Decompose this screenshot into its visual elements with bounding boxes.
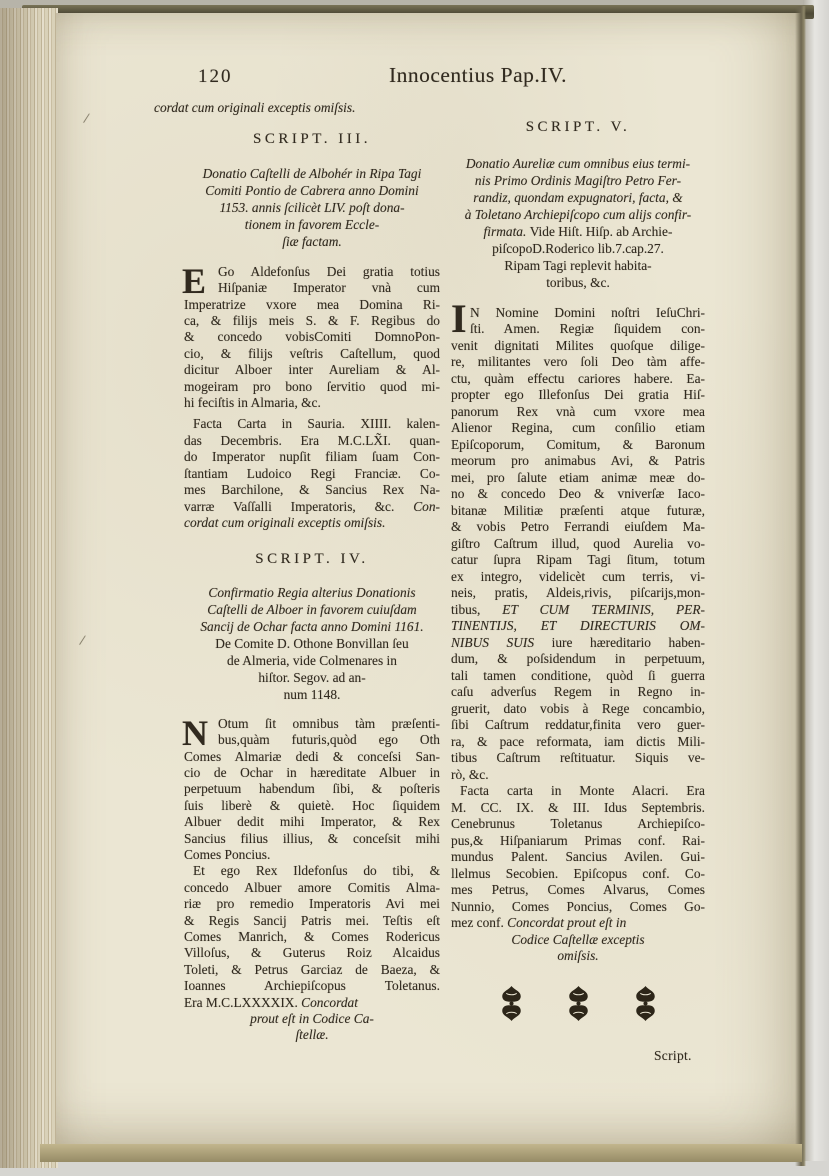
catchword: Script.: [654, 1048, 692, 1064]
paragraph-text: N Nomine Domini noſtri IeſuChri-ſti. Ame…: [451, 305, 705, 784]
paragraph-in-nomine: I N Nomine Domini noſtri IeſuChri-ſti. A…: [451, 305, 705, 784]
paragraph-facta-carta-monte: Facta carta in Monte Alacri. EraM. CC. I…: [451, 783, 705, 932]
page-crease: [795, 6, 806, 1166]
book-scan-photo: 120 Innocentius Pap.IV. / / cordat cum o…: [0, 0, 829, 1176]
paragraph-text: Otum ſit omnibus tàm præſenti-bus,quàm f…: [184, 716, 440, 864]
margin-mark: /: [78, 633, 86, 651]
paragraph-notum-sit: N Otum ſit omnibus tàm præſenti-bus,quàm…: [184, 716, 440, 864]
argument-script-iii: Donatio Caſtelli de Albohér in Ripa Tagi…: [184, 165, 440, 250]
paragraph-text: Et ego Rex Ildefonſus do tibi, &concedo …: [184, 863, 440, 1011]
paragraph-et-ego-rex: Et ego Rex Ildefonſus do tibi, &concedo …: [184, 863, 440, 1011]
running-head: Innocentius Pap.IV.: [318, 63, 638, 88]
table-surface-bottom: [0, 1161, 829, 1176]
drop-cap-i: I: [451, 303, 467, 335]
closing-formula-script-v: Codice Caſtellæ exceptisomiſsis.: [451, 932, 705, 965]
paragraph-text: Facta carta in Monte Alacri. EraM. CC. I…: [451, 783, 705, 932]
margin-mark: /: [82, 111, 90, 129]
ornament-row: [451, 985, 705, 1023]
carryover-text: cordat cum originali exceptis omiſsis.: [154, 100, 410, 116]
heading-script-iv: SCRIPT. IV.: [184, 551, 440, 567]
argument-script-iv: Confirmatio Regia alterius DonationisCaſ…: [184, 584, 440, 703]
paragraph-ego-aldefonsus: E Go Aldefonſus Dei gratia totiusHiſpani…: [184, 264, 440, 412]
page-bottom-edge: [40, 1144, 802, 1162]
book-page: 120 Innocentius Pap.IV. / / cordat cum o…: [56, 13, 803, 1145]
argument-script-v: Donatio Aureliæ cum omnibus eius termi-n…: [451, 155, 705, 291]
table-surface-right: [803, 0, 829, 1176]
drop-cap-n: N: [182, 717, 208, 749]
right-column: SCRIPT. V. Donatio Aureliæ cum omnibus e…: [451, 119, 705, 1023]
page-number: 120: [198, 66, 233, 88]
page-block-edges: [0, 8, 58, 1168]
fleuron-icon: [566, 985, 591, 1022]
paragraph-text: Facta Carta in Sauria. XIIII. kalen-das …: [184, 416, 440, 531]
heading-script-v: SCRIPT. V.: [451, 119, 705, 136]
paragraph-text: Go Aldefonſus Dei gratia totiusHiſpaniæ …: [184, 264, 440, 412]
drop-cap-e: E: [182, 265, 206, 297]
paragraph-facta-carta-sauria: Facta Carta in Sauria. XIIII. kalen-das …: [184, 416, 440, 531]
closing-formula-script-iv: prout eſt in Codice Ca-ſtellæ.: [184, 1011, 440, 1044]
heading-script-iii: SCRIPT. III.: [184, 131, 440, 147]
left-column: cordat cum originali exceptis omiſsis. S…: [184, 100, 440, 1044]
fleuron-icon: [499, 985, 524, 1022]
fleuron-icon: [633, 985, 658, 1022]
